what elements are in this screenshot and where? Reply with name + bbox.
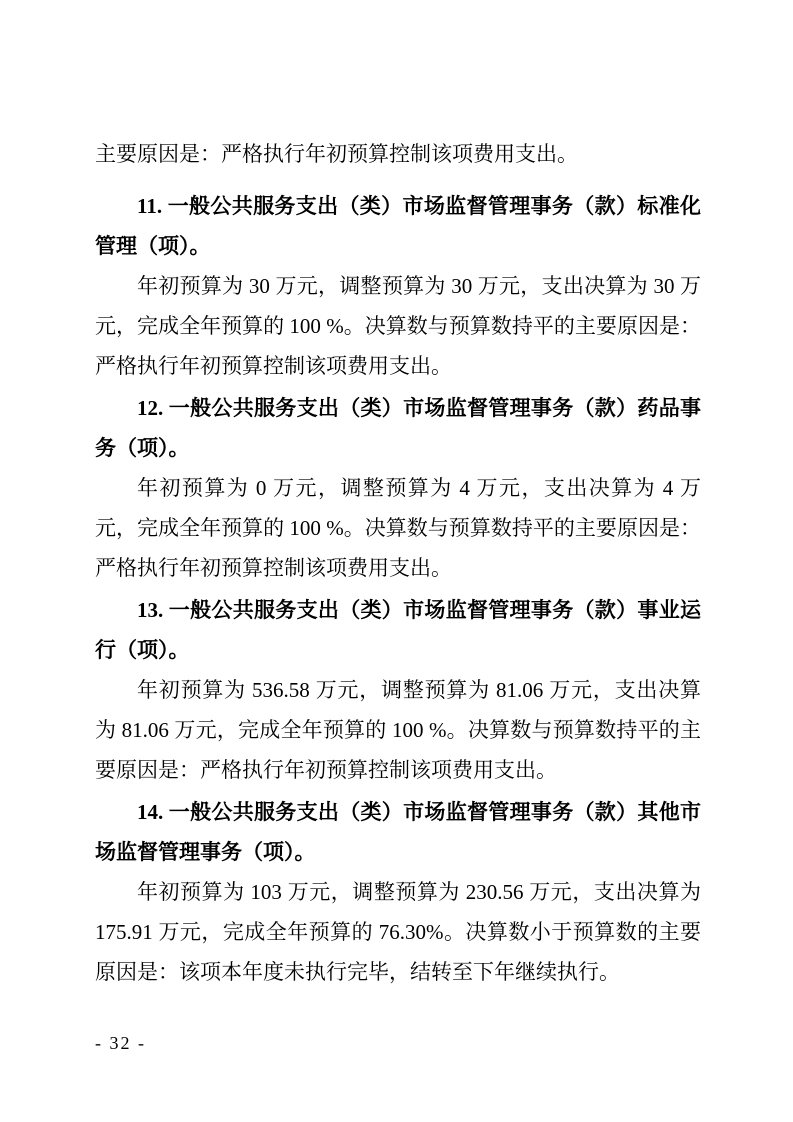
section-heading-14: 14. 一般公共服务支出（类）市场监督管理事务（款）其他市场监督管理事务（项）。 [95, 792, 701, 872]
section-body-13: 年初预算为 536.58 万元，调整预算为 81.06 万元，支出决算为 81.… [95, 670, 701, 790]
section-heading-12: 12. 一般公共服务支出（类）市场监督管理事务（款）药品事务（项）。 [95, 388, 701, 468]
section-body-14: 年初预算为 103 万元，调整预算为 230.56 万元，支出决算为 175.9… [95, 872, 701, 992]
section-body-12: 年初预算为 0 万元，调整预算为 4 万元，支出决算为 4 万元，完成全年预算的… [95, 468, 701, 588]
section-body-11: 年初预算为 30 万元，调整预算为 30 万元，支出决算为 30 万元，完成全年… [95, 266, 701, 386]
document-page: 主要原因是：严格执行年初预算控制该项费用支出。 11. 一般公共服务支出（类）市… [0, 0, 793, 1122]
section-heading-11: 11. 一般公共服务支出（类）市场监督管理事务（款）标准化管理（项）。 [95, 186, 701, 266]
paragraph-intro-continuation: 主要原因是：严格执行年初预算控制该项费用支出。 [95, 134, 701, 174]
document-text-block: 主要原因是：严格执行年初预算控制该项费用支出。 11. 一般公共服务支出（类）市… [95, 134, 701, 992]
section-heading-13: 13. 一般公共服务支出（类）市场监督管理事务（款）事业运行（项）。 [95, 590, 701, 670]
page-number: - 32 - [95, 1032, 146, 1054]
